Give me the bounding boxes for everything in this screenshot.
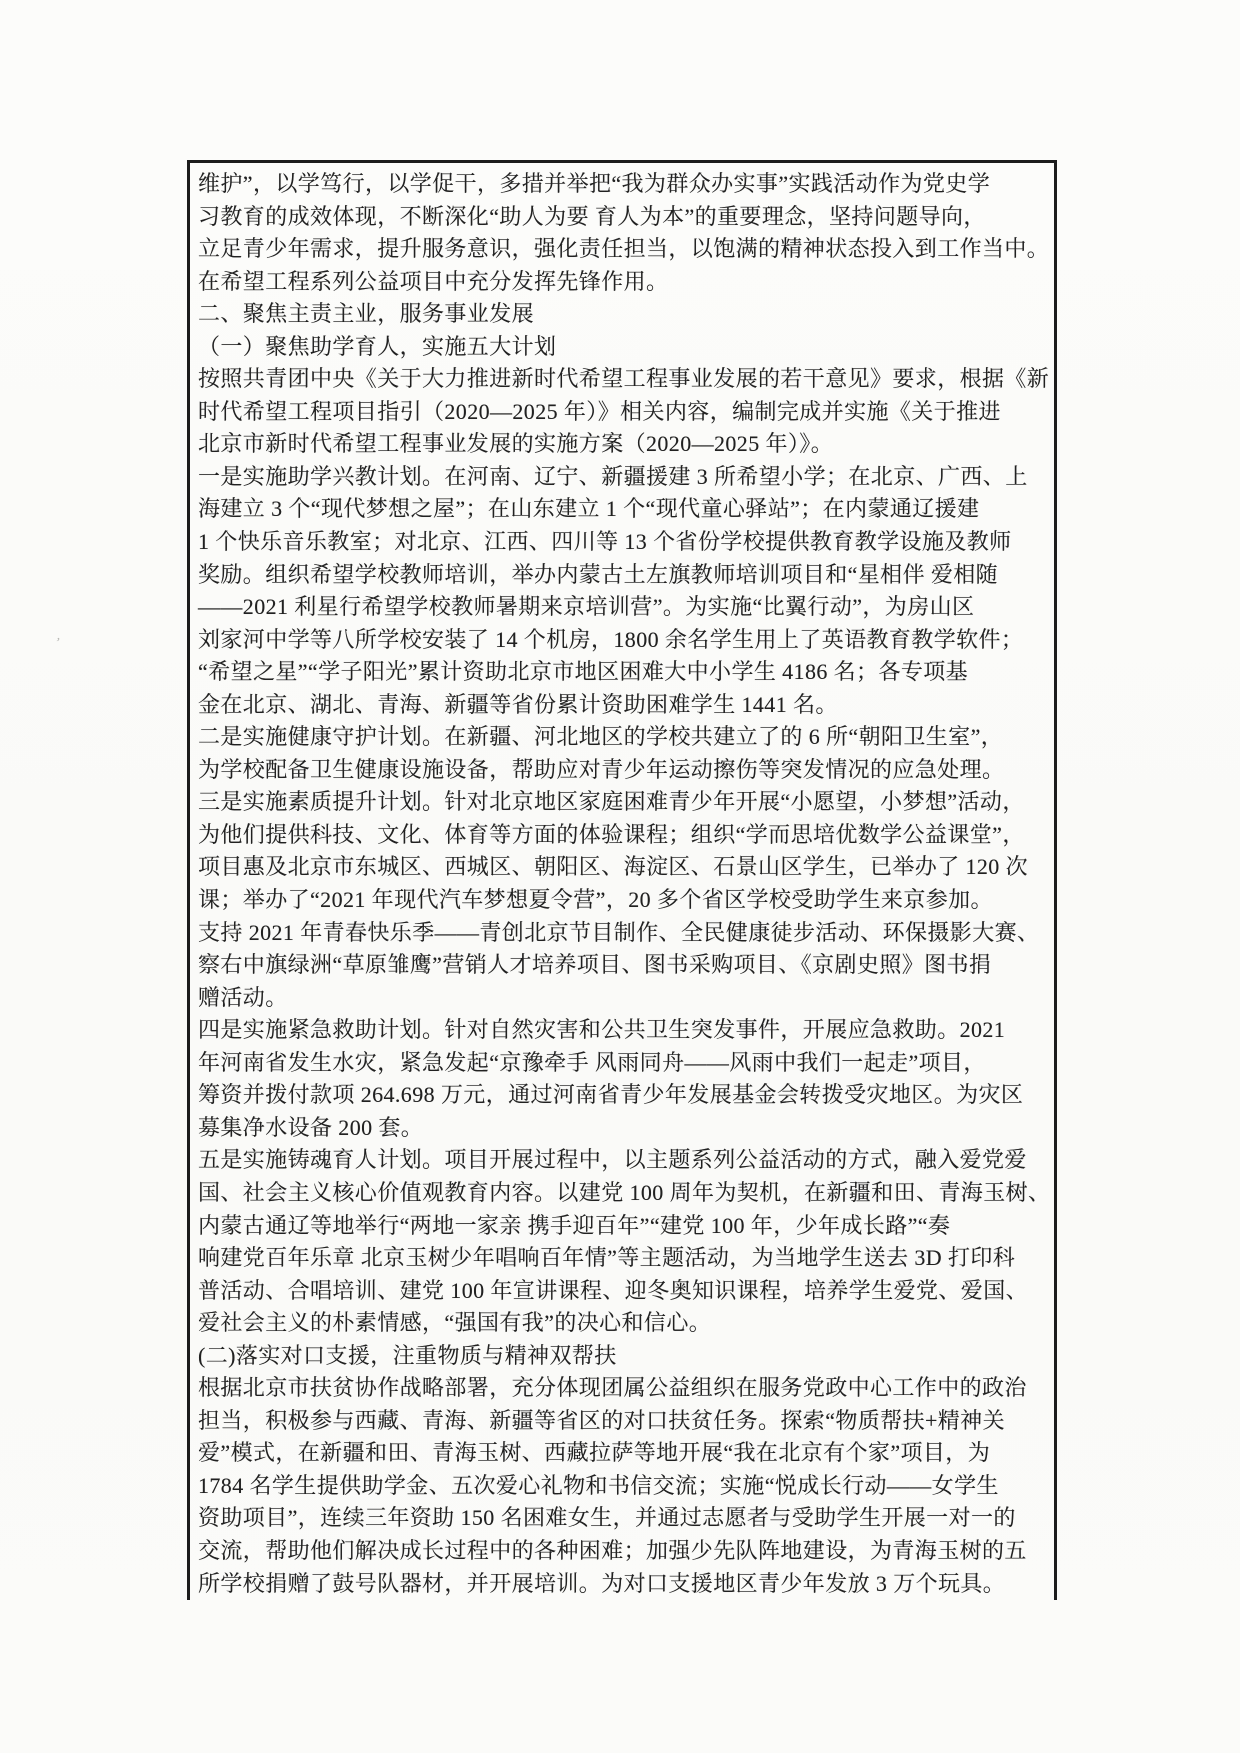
text-line: 响建党百年乐章 北京玉树少年唱响百年情”等主题活动，为当地学生送去 3D 打印科 <box>198 1242 1049 1275</box>
text-line: 海建立 3 个“现代梦想之屋”；在山东建立 1 个“现代童心驿站”；在内蒙通辽援… <box>198 493 1049 526</box>
text-line: 为学校配备卫生健康设施设备，帮助应对青少年运动擦伤等突发情况的应急处理。 <box>198 754 1049 787</box>
text-line: 赠活动。 <box>198 982 1049 1015</box>
text-line: ——2021 利星行希望学校教师暑期来京培训营”。为实施“比翼行动”，为房山区 <box>198 591 1049 624</box>
text-line: 立足青少年需求，提升服务意识，强化责任担当，以饱满的精神状态投入到工作当中。 <box>198 233 1049 266</box>
text-line: 奖励。组织希望学校教师培训，举办内蒙古土左旗教师培训项目和“星相伴 爱相随 <box>198 559 1049 592</box>
text-line: 二是实施健康守护计划。在新疆、河北地区的学校共建立了的 6 所“朝阳卫生室”， <box>198 721 1049 754</box>
text-line: 筹资并拨付款项 264.698 万元，通过河南省青少年发展基金会转拨受灾地区。为… <box>198 1079 1049 1112</box>
text-line: 担当，积极参与西藏、青海、新疆等省区的对口扶贫任务。探索“物质帮扶+精神关 <box>198 1405 1049 1438</box>
text-line: (二)落实对口支援，注重物质与精神双帮扶 <box>198 1340 1049 1373</box>
text-line: 金在北京、湖北、青海、新疆等省份累计资助困难学生 1441 名。 <box>198 689 1049 722</box>
text-line: 内蒙古通辽等地举行“两地一家亲 携手迎百年”“建党 100 年，少年成长路”“奏 <box>198 1210 1049 1243</box>
text-line: 刘家河中学等八所学校安装了 14 个机房，1800 余名学生用上了英语教育教学软… <box>198 624 1049 657</box>
scan-artifact-speck: ’ <box>53 636 61 653</box>
text-line: 在希望工程系列公益项目中充分发挥先锋作用。 <box>198 266 1049 299</box>
text-line: 北京市新时代希望工程事业发展的实施方案（2020—2025 年）》。 <box>198 428 1049 461</box>
text-line: 按照共青团中央《关于大力推进新时代希望工程事业发展的若干意见》要求，根据《新 <box>198 363 1049 396</box>
text-line: “希望之星”“学子阳光”累计资助北京市地区困难大中小学生 4186 名；各专项基 <box>198 656 1049 689</box>
text-line: 四是实施紧急救助计划。针对自然灾害和公共卫生突发事件，开展应急救助。2021 <box>198 1014 1049 1047</box>
text-line: 普活动、合唱培训、建党 100 年宣讲课程、迎冬奥知识课程，培养学生爱党、爱国、 <box>198 1275 1049 1308</box>
text-line: 支持 2021 年青春快乐季——青创北京节目制作、全民健康徒步活动、环保摄影大赛… <box>198 917 1049 950</box>
text-line: 课；举办了“2021 年现代汽车梦想夏令营”，20 多个省区学校受助学生来京参加… <box>198 884 1049 917</box>
text-line: 资助项目”，连续三年资助 150 名困难女生，并通过志愿者与受助学生开展一对一的 <box>198 1502 1049 1535</box>
text-line: 募集净水设备 200 套。 <box>198 1112 1049 1145</box>
text-line: 察右中旗绿洲“草原雏鹰”营销人才培养项目、图书采购项目、《京剧史照》图书捐 <box>198 949 1049 982</box>
text-line: 习教育的成效体现，不断深化“助人为要 育人为本”的重要理念，坚持问题导向， <box>198 201 1049 234</box>
scanned-document-page: { "colors": { "page_background": "#fbfbf… <box>0 0 1240 1753</box>
text-line: 三是实施素质提升计划。针对北京地区家庭困难青少年开展“小愿望，小梦想”活动， <box>198 786 1049 819</box>
text-line: 二、聚焦主责主业，服务事业发展 <box>198 298 1049 331</box>
text-line: 年河南省发生水灾，紧急发起“京豫牵手 风雨同舟——风雨中我们一起走”项目， <box>198 1047 1049 1080</box>
text-line: 爱”模式，在新疆和田、青海玉树、西藏拉萨等地开展“我在北京有个家”项目，为 <box>198 1437 1049 1470</box>
text-line: 所学校捐赠了鼓号队器材，并开展培训。为对口支援地区青少年发放 3 万个玩具。 <box>198 1568 1049 1601</box>
text-line: 一是实施助学兴教计划。在河南、辽宁、新疆援建 3 所希望小学；在北京、广西、上 <box>198 461 1049 494</box>
page-background: ’ 维护”，以学笃行，以学促干，多措并举把“我为群众办实事”实践活动作为党史学习… <box>0 0 1240 1753</box>
body-text: 维护”，以学笃行，以学促干，多措并举把“我为群众办实事”实践活动作为党史学习教育… <box>198 168 1049 1600</box>
text-line: 根据北京市扶贫协作战略部署，充分体现团属公益组织在服务党政中心工作中的政治 <box>198 1372 1049 1405</box>
text-line: 交流，帮助他们解决成长过程中的各种困难；加强少先队阵地建设，为青海玉树的五 <box>198 1535 1049 1568</box>
text-line: 国、社会主义核心价值观教育内容。以建党 100 周年为契机，在新疆和田、青海玉树… <box>198 1177 1049 1210</box>
text-line: 1 个快乐音乐教室；对北京、江西、四川等 13 个省份学校提供教育教学设施及教师 <box>198 526 1049 559</box>
table-cell: 维护”，以学笃行，以学促干，多措并举把“我为群众办实事”实践活动作为党史学习教育… <box>187 160 1057 1600</box>
text-line: 1784 名学生提供助学金、五次爱心礼物和书信交流；实施“悦成长行动——女学生 <box>198 1470 1049 1503</box>
text-line: 为他们提供科技、文化、体育等方面的体验课程；组织“学而思培优数学公益课堂”， <box>198 819 1049 852</box>
text-line: 项目惠及北京市东城区、西城区、朝阳区、海淀区、石景山区学生，已举办了 120 次 <box>198 851 1049 884</box>
text-line: 维护”，以学笃行，以学促干，多措并举把“我为群众办实事”实践活动作为党史学 <box>198 168 1049 201</box>
text-line: 爱社会主义的朴素情感，“强国有我”的决心和信心。 <box>198 1307 1049 1340</box>
text-line: 五是实施铸魂育人计划。项目开展过程中，以主题系列公益活动的方式，融入爱党爱 <box>198 1144 1049 1177</box>
text-line: （一）聚焦助学育人，实施五大计划 <box>198 331 1049 364</box>
text-line: 时代希望工程项目指引（2020—2025 年）》相关内容，编制完成并实施《关于推… <box>198 396 1049 429</box>
